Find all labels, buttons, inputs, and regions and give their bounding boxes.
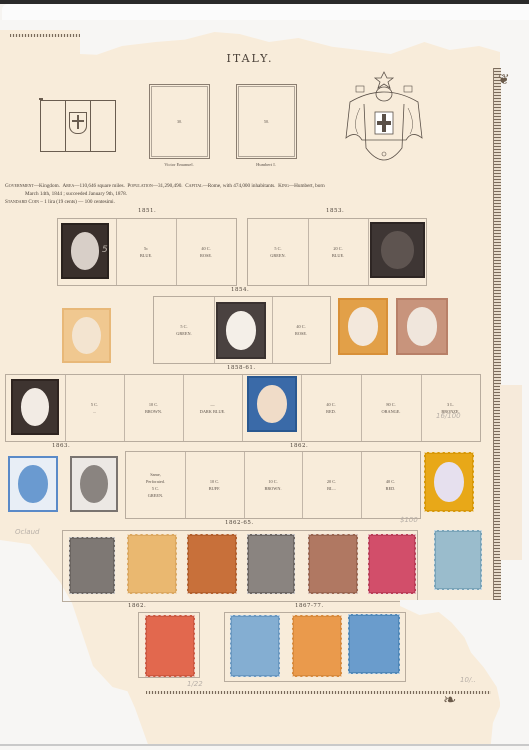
portrait-oval	[80, 465, 108, 502]
portrait-caption: Victor Emanuel.	[144, 162, 214, 167]
stamp-1862-vermilion[interactable]	[145, 615, 195, 677]
window-frame	[2, 4, 529, 20]
stamp-value: 5 C.	[248, 245, 308, 252]
portrait-oval	[257, 385, 286, 422]
stamp-1862-65-carmine[interactable]	[368, 534, 416, 594]
stamp-value: 10 C.	[244, 478, 302, 485]
portrait-oval	[407, 307, 438, 345]
info-label: Population	[127, 183, 152, 189]
info-label: Standard Coin	[5, 199, 39, 205]
stamp-slot[interactable]: 5 C. GREEN.	[154, 297, 215, 363]
pencil-note: 5	[102, 245, 108, 255]
info-value: —Kingdom.	[34, 183, 60, 189]
stamp-color: GREEN.	[126, 492, 185, 499]
stamp-slot[interactable]: 10 C. BROWN.	[124, 375, 184, 441]
page-title: ITALY.	[0, 52, 500, 65]
stamp-color: ROSE.	[176, 252, 236, 259]
stamp-value: 40 C.	[272, 323, 330, 330]
stamp-color: BROWN.	[244, 485, 302, 492]
year-heading-1863: 1863.	[52, 443, 70, 449]
stamp-1867-77-orange[interactable]	[292, 615, 342, 677]
info-value: – 1 lira (19 cents) — 100 centesimi.	[39, 199, 115, 205]
stamp-1867-77-steel-blue[interactable]	[348, 614, 400, 674]
year-heading-1862: 1862.	[290, 443, 308, 449]
portrait-frame-humbert: 50.	[236, 84, 297, 159]
stamp-slot[interactable]: 40 C. RED.	[361, 452, 420, 518]
year-heading-1862-b: 1862.	[128, 603, 146, 609]
stamp-1863-grey-litho[interactable]	[70, 456, 118, 512]
stamp-1858-dark-blue[interactable]	[247, 376, 297, 432]
flag-band-divider	[90, 101, 91, 151]
stamp-color: BROWN.	[124, 408, 183, 415]
stamp-row-1862-65	[62, 530, 418, 602]
stamp-1862-65-brown[interactable]	[308, 534, 358, 594]
stamp-value: 10 C.	[185, 478, 244, 485]
info-line: March 14th, 1844 ; succeeded January 9th…	[5, 190, 495, 198]
portrait-oval	[381, 231, 414, 268]
stamp-value: 40 C.	[176, 245, 236, 252]
stamp-slot[interactable]: 20 C. BL...	[302, 452, 362, 518]
stamp-1862-65-ochre[interactable]	[127, 534, 177, 594]
stamp-value: 10 C.	[124, 401, 183, 408]
stamp-value: 20 C.	[308, 245, 368, 252]
flourish-icon: ❧	[443, 690, 456, 710]
info-value: —110,646 square miles.	[74, 183, 125, 189]
stamp-slot[interactable]: 5c BLUE.	[116, 219, 177, 285]
stamp-row-1862: Same, Perforated. 5 C. GREEN. 10 C. BUFF…	[125, 451, 421, 519]
flag-band-divider	[65, 101, 66, 151]
stamp-slot[interactable]: 10 C. BUFF.	[185, 452, 245, 518]
stamp-row-1858-61: 5 C. ... 10 C. BROWN. — DARK BLUE. 40 C.…	[5, 374, 481, 442]
stamp-color: GREEN.	[154, 330, 214, 337]
stamp-color: BLUE.	[308, 252, 368, 259]
stamp-color: BLUE.	[116, 252, 176, 259]
portrait-oval	[348, 307, 377, 345]
flag-pole	[39, 98, 43, 100]
pencil-note: 16/100	[436, 412, 461, 420]
stamp-value: —	[183, 401, 242, 408]
info-value: —31,290,490.	[153, 183, 183, 189]
stamp-1854-brown-rose[interactable]	[396, 298, 448, 355]
corner-flourish-icon: ❦	[498, 72, 510, 89]
year-heading-1858-61: 1858-61.	[227, 365, 256, 371]
portrait-oval	[226, 311, 255, 349]
stamp-1854-orange[interactable]	[338, 298, 388, 355]
stamp-1862-65-red-brown[interactable]	[187, 534, 237, 594]
pencil-note: $100	[400, 516, 418, 524]
year-heading-1853: 1853.	[326, 208, 344, 214]
stamp-slot[interactable]: Same, Perforated. 5 C. GREEN.	[126, 452, 186, 518]
info-label: Capital	[185, 183, 202, 189]
pencil-note: 10/..	[460, 676, 476, 684]
stamp-color: GREEN.	[248, 252, 308, 259]
stamp-1862-65-grey-black[interactable]	[247, 534, 295, 594]
flag-outline	[40, 100, 116, 152]
stamp-value: 5 C.	[126, 485, 185, 492]
stamp-value: 80 C.	[361, 401, 421, 408]
stamp-color: ...	[65, 408, 124, 415]
stamp-slot[interactable]: — DARK BLUE.	[183, 375, 243, 441]
portrait-oval	[18, 465, 47, 502]
stamp-value: 5 C.	[154, 323, 214, 330]
stamp-value: 3 L.	[421, 401, 480, 408]
info-value: —Humbert, born	[289, 183, 325, 189]
stamp-color: DARK BLUE.	[183, 408, 242, 415]
portrait-caption: Humbert I.	[231, 162, 301, 167]
stamp-1862-65-grey[interactable]	[69, 537, 115, 594]
country-info: Government—Kingdom. Area—110,646 square …	[5, 182, 495, 206]
info-label: King	[278, 183, 289, 189]
stamp-color: BUFF.	[185, 485, 244, 492]
stamp-color: ORANGE.	[361, 408, 421, 415]
stamp-1862-65-pale-blue[interactable]	[434, 530, 482, 590]
stamp-note: Perforated.	[126, 478, 185, 485]
coat-of-arms-icon	[342, 68, 426, 176]
year-heading-1851: 1851.	[138, 208, 156, 214]
stamp-1867-77-sky-blue[interactable]	[230, 615, 280, 677]
stamp-value: 20 C.	[302, 478, 361, 485]
stamp-slot[interactable]: 40 C. ROSE.	[272, 297, 330, 363]
stamp-slot[interactable]: 3 L. BRONZE.	[421, 375, 480, 441]
stamp-1858-black[interactable]	[11, 379, 59, 435]
savoy-shield-icon	[69, 112, 87, 134]
stamp-value: 5 C.	[65, 401, 124, 408]
info-value: —Rome, with 474,000 inhabitants.	[203, 183, 276, 189]
stamp-note: Same,	[126, 471, 185, 478]
stamp-slot[interactable]: 10 C. BROWN.	[244, 452, 303, 518]
stamp-1854-embossed[interactable]	[216, 302, 266, 359]
stamp-1862-yellow[interactable]	[424, 452, 474, 512]
stamp-1863-blue-litho[interactable]	[8, 456, 58, 512]
ornamental-rule-top	[10, 34, 80, 37]
stamp-value: 40 C.	[361, 478, 420, 485]
info-label: Area	[63, 183, 75, 189]
year-heading-1862-65: 1862-65.	[225, 520, 254, 526]
portrait-number: 30.	[177, 119, 182, 124]
stamp-value: 5c	[116, 245, 176, 252]
stamp-slot[interactable]: 20 C. BLUE.	[308, 219, 369, 285]
portrait-number: 50.	[264, 119, 269, 124]
page-flap	[500, 385, 522, 560]
portrait-oval	[434, 462, 463, 502]
portrait-oval	[71, 232, 99, 269]
stamp-color: RED.	[361, 485, 420, 492]
pencil-note: 1/22	[187, 680, 203, 688]
stamp-color: RED.	[301, 408, 361, 415]
pencil-note: Oclaud	[15, 528, 39, 536]
stamp-color: BL...	[302, 485, 361, 492]
stamp-slot[interactable]: 80 C. ORANGE.	[361, 375, 422, 441]
stamp-1853-black[interactable]	[370, 222, 425, 278]
stamp-color: ROSE.	[272, 330, 330, 337]
info-label: Government	[5, 183, 34, 189]
portrait-oval	[72, 317, 101, 354]
window-bottom-edge	[0, 744, 529, 746]
ornamental-rule-bottom	[146, 691, 491, 694]
stamp-slot[interactable]: 40 C. ROSE.	[176, 219, 236, 285]
stamp-slot[interactable]: 5 C. ...	[65, 375, 125, 441]
stamp-1854-buff[interactable]	[62, 308, 111, 363]
portrait-oval	[21, 388, 49, 425]
year-heading-1867-77: 1867-77.	[295, 603, 324, 609]
stamp-slot[interactable]: 40 C. RED.	[301, 375, 362, 441]
stamp-slot[interactable]: 5 C. GREEN.	[248, 219, 309, 285]
stamp-value: 40 C.	[301, 401, 361, 408]
portrait-frame-victor-emanuel: 30.	[149, 84, 210, 159]
year-heading-1854: 1854.	[231, 287, 249, 293]
